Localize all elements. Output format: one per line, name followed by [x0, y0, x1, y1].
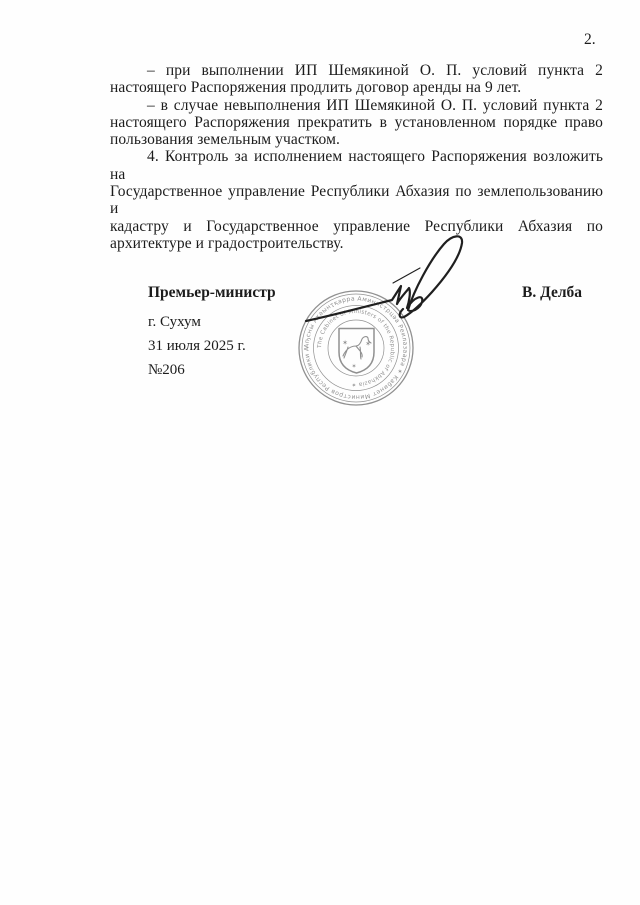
official-seal: Аҧсны Аҳәынҭқарра Аминистрцәа Реилазаара…	[280, 228, 413, 405]
signature-tick-stroke	[393, 268, 420, 283]
text-line: Государственное управление Республики Аб…	[110, 183, 603, 218]
text-line: – при выполнении ИП Шемякиной О. П. усло…	[110, 62, 603, 79]
page-number: 2.	[584, 31, 596, 49]
paragraph: – в случае невыполнения ИП Шемякиной О. …	[110, 97, 603, 149]
seal-star-icon: ✶	[342, 339, 348, 347]
text-line: настоящего Распоряжения продлить договор…	[110, 79, 603, 96]
document-page: 2. – при выполнении ИП Шемякиной О. П. у…	[0, 0, 640, 905]
text-line: пользования земельным участком.	[110, 131, 603, 148]
seal-and-signature-area: Аҧсны Аҳәынҭқарра Аминистрцәа Реилазаара…	[280, 228, 480, 418]
text-line: – в случае невыполнения ИП Шемякиной О. …	[110, 97, 603, 114]
text-line: 4. Контроль за исполнением настоящего Ра…	[110, 148, 603, 183]
signer-name: В. Делба	[522, 284, 582, 301]
document-body: – при выполнении ИП Шемякиной О. П. усло…	[110, 62, 603, 252]
document-date: 31 июля 2025 г.	[148, 338, 246, 354]
document-place: г. Сухум	[148, 314, 201, 330]
seal-star-icon: ✶	[365, 340, 371, 348]
signer-title: Премьер-министр	[148, 284, 276, 301]
seal-star-icon: ✶	[351, 363, 356, 370]
text-line: настоящего Распоряжения прекратить в уст…	[110, 114, 603, 131]
seal-middle-circle	[314, 306, 399, 391]
document-number: №206	[148, 362, 185, 378]
paragraph: – при выполнении ИП Шемякиной О. П. усло…	[110, 62, 603, 97]
